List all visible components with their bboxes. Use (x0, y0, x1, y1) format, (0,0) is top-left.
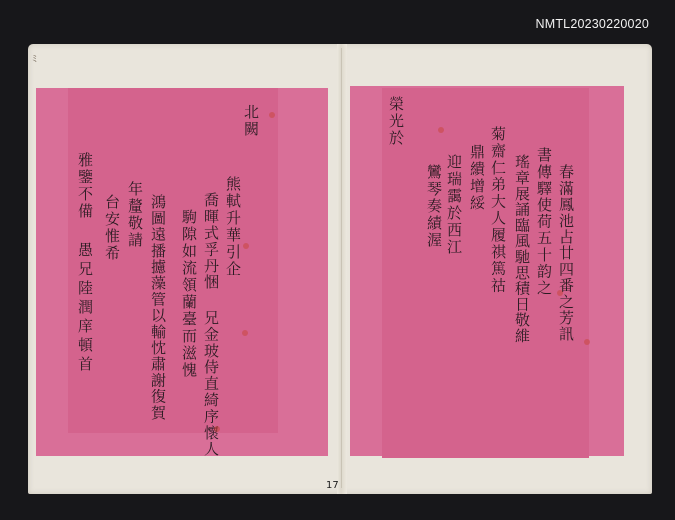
right-col-2: 書傳驛使荷五十韵之 (536, 147, 551, 296)
seal-dot (242, 330, 248, 336)
right-col-6: 迎瑞靄於西江 (446, 154, 461, 256)
catalog-id-label: NMTL20230220020 (536, 17, 650, 31)
seal-dot (557, 290, 563, 296)
right-col-5: 鼎繢增綏 (469, 144, 484, 212)
corner-mark: ﾐ (32, 50, 37, 65)
document-sheet: ﾐ 北闕 熊軾升華引企 喬暉式孚丹悃 兄金玻侍直綺序懷人 駒隙如流領蘭臺而滋愧 … (28, 44, 652, 494)
left-col-7: 台安惟希 (104, 194, 119, 262)
left-col-5: 鴻圖遠播攄藻管以輸忱肅謝復賀 (150, 194, 165, 421)
seal-dot (269, 112, 275, 118)
left-page-text-area (68, 88, 278, 433)
left-col-4: 駒隙如流領蘭臺而滋愧 (181, 209, 196, 379)
seal-dot (214, 426, 220, 432)
left-col-8: 雅鑒不備 (77, 152, 92, 220)
right-col-8: 榮光於 (388, 96, 403, 147)
page-fold (337, 44, 347, 494)
right-col-3: 瑤章展誦臨風馳思積日敬維 (514, 154, 529, 344)
left-col-6: 年釐敬請 (127, 181, 142, 249)
right-col-1: 春滿鳳池占廿四番之芳訊 (558, 164, 573, 342)
left-col-3: 喬暉式孚丹悃 兄金玻侍直綺序懷人 (203, 192, 218, 457)
right-col-4: 菊齋仁弟大人履祺篤祜 (490, 126, 505, 294)
fold-line (341, 48, 342, 488)
seal-dot (243, 243, 249, 249)
left-col-1: 北闕 (243, 104, 258, 138)
page-marker: 17 (326, 480, 339, 491)
right-col-7: 鸞琴奏績渥 (426, 164, 441, 249)
left-col-2: 熊軾升華引企 (225, 176, 240, 278)
left-col-9: 愚兄陸潤庠頓首 (77, 242, 92, 375)
seal-dot (584, 339, 590, 345)
seal-dot (438, 127, 444, 133)
